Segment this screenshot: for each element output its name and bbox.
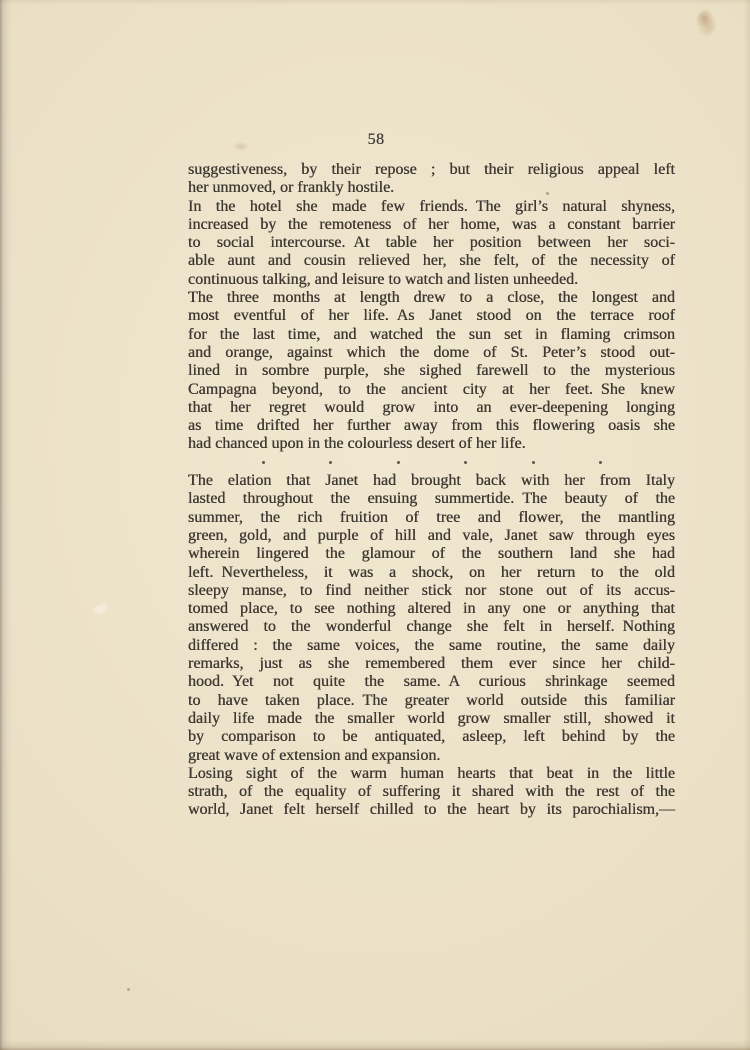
paragraph: Losing sight of the warm human hearts th… xyxy=(188,765,675,820)
text-line: remarks, just as she remembered them eve… xyxy=(188,655,675,673)
text-line: had chanced upon in the colourless deser… xyxy=(188,435,675,453)
text-line: Losing sight of the warm human hearts th… xyxy=(188,765,675,783)
text-line: sleepy manse, to find neither stick nor … xyxy=(188,582,675,600)
text-line: her unmoved, or frankly hostile. xyxy=(188,179,675,197)
foxing-stain xyxy=(696,10,716,36)
scanned-page: 58 suggestiveness, by their repose ; but… xyxy=(0,0,750,1050)
text-line: to social intercourse. At table her posi… xyxy=(188,234,675,252)
ink-smudge xyxy=(233,142,249,151)
text-line: to have taken place. The greater world o… xyxy=(188,692,675,710)
text-line: The three months at length drew to a clo… xyxy=(188,289,675,307)
section-separator xyxy=(262,454,602,472)
page-top-edge xyxy=(0,0,750,5)
text-line: lined in sombre purple, she sighed farew… xyxy=(188,362,675,380)
text-line: lasted throughout the ensuing summertide… xyxy=(188,490,675,508)
text-line: and orange, against which the dome of St… xyxy=(188,344,675,362)
separator-dot xyxy=(464,461,467,464)
page-bottom-edge xyxy=(0,1040,750,1050)
text-line: great wave of extension and expansion. xyxy=(188,747,675,765)
text-line: strath, of the equality of suffering it … xyxy=(188,783,675,801)
text-line: differed : the same voices, the same rou… xyxy=(188,637,675,655)
text-line: for the last time, and watched the sun s… xyxy=(188,326,675,344)
separator-dot xyxy=(397,461,400,464)
text-block: suggestiveness, by their repose ; but th… xyxy=(188,161,675,820)
text-line: increased by the remoteness of her home,… xyxy=(188,216,675,234)
text-line: able aunt and cousin relieved her, she f… xyxy=(188,252,675,270)
paragraph: suggestiveness, by their repose ; but th… xyxy=(188,161,675,198)
text-line: world, Janet felt herself chilled to the… xyxy=(188,801,675,819)
text-line: daily life made the smaller world grow s… xyxy=(188,710,675,728)
text-line: wherein lingered the glamour of the sout… xyxy=(188,545,675,563)
page-left-edge xyxy=(0,0,12,1050)
text-line: suggestiveness, by their repose ; but th… xyxy=(188,161,675,179)
paragraph: The elation that Janet had brought back … xyxy=(188,472,675,765)
paper-flaw-mark xyxy=(93,602,111,618)
paper-speck xyxy=(127,988,130,991)
text-line: by comparison to be antiquated, asleep, … xyxy=(188,728,675,746)
text-line: that her regret would grow into an ever-… xyxy=(188,399,675,417)
paragraph: In the hotel she made few friends. The g… xyxy=(188,198,675,289)
text-line: hood. Yet not quite the same. A curious … xyxy=(188,673,675,691)
text-line: as time drifted her further away from th… xyxy=(188,417,675,435)
text-line: green, gold, and purple of hill and vale… xyxy=(188,527,675,545)
paragraph: The three months at length drew to a clo… xyxy=(188,289,675,454)
text-line: The elation that Janet had brought back … xyxy=(188,472,675,490)
separator-dot xyxy=(329,461,332,464)
text-line: continuous talking, and leisure to watch… xyxy=(188,271,675,289)
text-line: left. Nevertheless, it was a shock, on h… xyxy=(188,564,675,582)
page-number: 58 xyxy=(356,131,396,149)
text-line: Campagna beyond, to the ancient city at … xyxy=(188,381,675,399)
text-line: summer, the rich fruition of tree and fl… xyxy=(188,509,675,527)
text-line: most eventful of her life. As Janet stoo… xyxy=(188,307,675,325)
separator-dot xyxy=(599,461,602,464)
text-line: tomed place, to see nothing altered in a… xyxy=(188,600,675,618)
text-line: answered to the wonderful change she fel… xyxy=(188,618,675,636)
text-line: In the hotel she made few friends. The g… xyxy=(188,198,675,216)
separator-dot xyxy=(532,461,535,464)
separator-dot xyxy=(262,461,265,464)
page-right-edge xyxy=(743,0,750,1050)
